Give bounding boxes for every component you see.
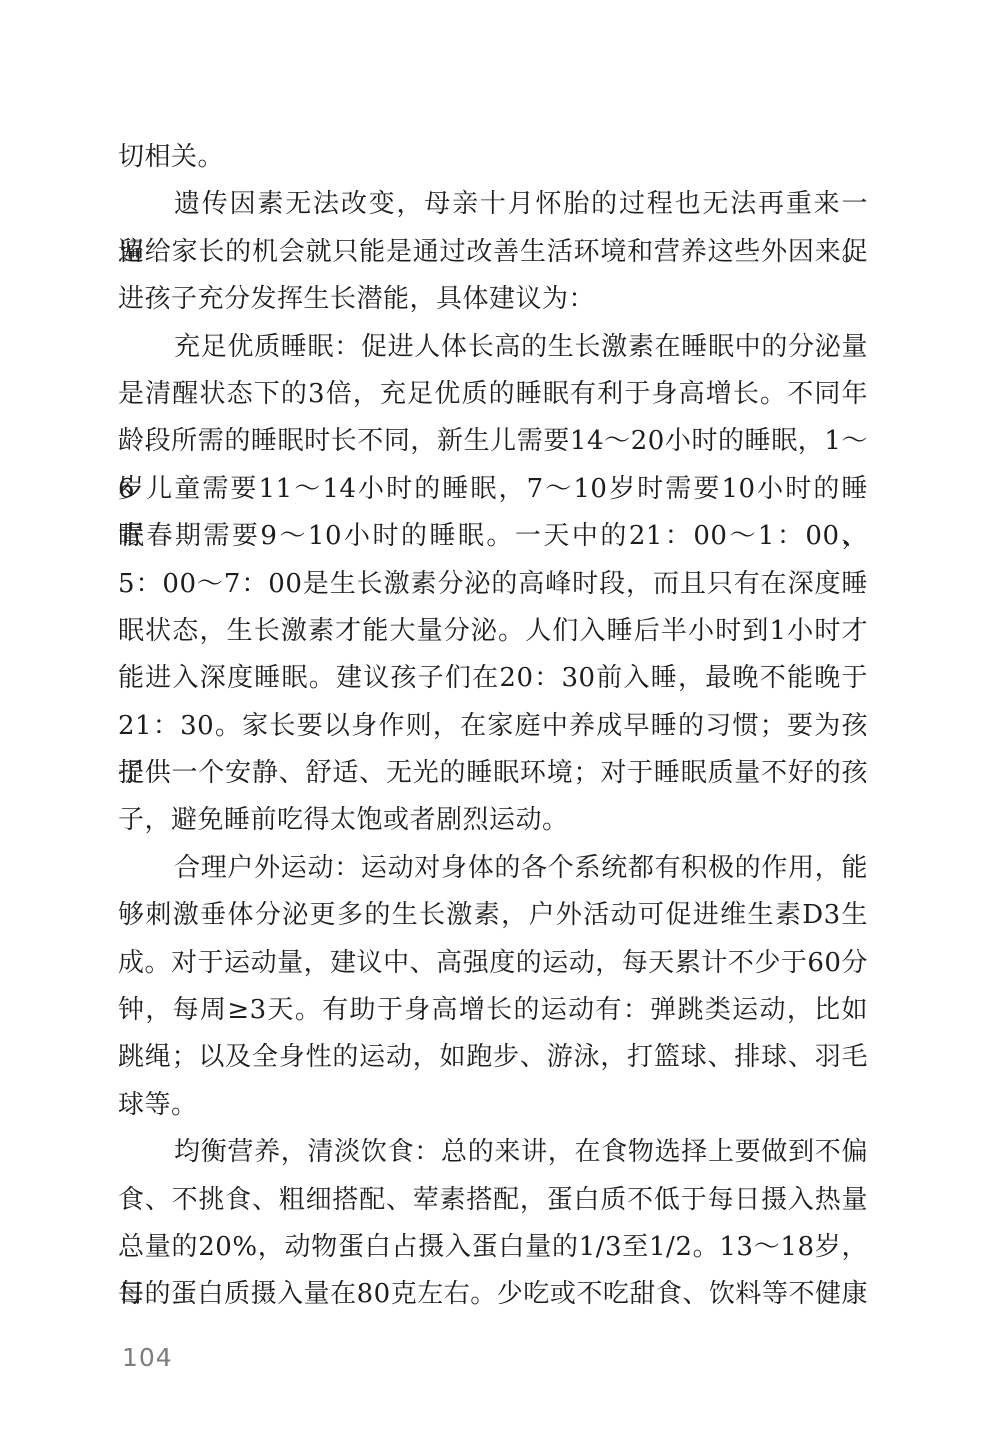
- text-line: 龄段所需的睡眠时长不同，新生儿需要14～20小时的睡眠，1～6: [118, 418, 868, 465]
- text-line: 跳绳；以及全身性的运动，如跑步、游泳，打篮球、排球、羽毛: [118, 1034, 868, 1081]
- text-line: 够刺激垂体分泌更多的生长激素，户外活动可促进维生素D3生: [118, 892, 868, 939]
- text-line: 总量的20%，动物蛋白占摄入蛋白量的1/3至1/2。13～18岁，每: [118, 1224, 868, 1271]
- text-line: 能进入深度睡眠。建议孩子们在20：30前入睡，最晚不能晚于: [118, 655, 868, 702]
- text-block: 切相关。遗传因素无法改变，母亲十月怀胎的过程也无法再重来一遍。留给家长的机会就只…: [118, 134, 868, 1319]
- text-line: 岁儿童需要11～14小时的睡眠，7～10岁时需要10小时的睡眠，: [118, 466, 868, 513]
- text-line: 合理户外运动：运动对身体的各个系统都有积极的作用，能: [118, 845, 868, 892]
- text-line: 成。对于运动量，建议中、高强度的运动，每天累计不少于60分: [118, 940, 868, 987]
- text-line: 是清醒状态下的3倍，充足优质的睡眠有利于身高增长。不同年: [118, 371, 868, 418]
- text-line: 眠状态，生长激素才能大量分泌。人们入睡后半小时到1小时才: [118, 608, 868, 655]
- text-line: 进孩子充分发挥生长潜能，具体建议为：: [118, 276, 868, 323]
- text-line: 切相关。: [118, 134, 868, 181]
- text-line: 21：30。家长要以身作则，在家庭中养成早睡的习惯；要为孩子: [118, 703, 868, 750]
- page-number: 104: [122, 1343, 173, 1373]
- text-line: 5：00～7：00是生长激素分泌的高峰时段，而且只有在深度睡: [118, 561, 868, 608]
- text-line: 均衡营养，清淡饮食：总的来讲，在食物选择上要做到不偏: [118, 1129, 868, 1176]
- text-line: 充足优质睡眠：促进人体长高的生长激素在睡眠中的分泌量: [118, 324, 868, 371]
- text-line: 遗传因素无法改变，母亲十月怀胎的过程也无法再重来一遍。: [118, 181, 868, 228]
- text-line: 球等。: [118, 1082, 868, 1129]
- text-line: 日的蛋白质摄入量在80克左右。少吃或不吃甜食、饮料等不健康: [118, 1271, 868, 1318]
- text-line: 钟，每周≥3天。有助于身高增长的运动有：弹跳类运动，比如: [118, 987, 868, 1034]
- text-line: 子，避免睡前吃得太饱或者剧烈运动。: [118, 797, 868, 844]
- book-page: 切相关。遗传因素无法改变，母亲十月怀胎的过程也无法再重来一遍。留给家长的机会就只…: [0, 0, 1000, 1450]
- text-line: 留给家长的机会就只能是通过改善生活环境和营养这些外因来促: [118, 229, 868, 276]
- text-line: 青春期需要9～10小时的睡眠。一天中的21：00～1：00、: [118, 513, 868, 560]
- text-line: 食、不挑食、粗细搭配、荤素搭配，蛋白质不低于每日摄入热量: [118, 1177, 868, 1224]
- text-line: 提供一个安静、舒适、无光的睡眠环境；对于睡眠质量不好的孩: [118, 750, 868, 797]
